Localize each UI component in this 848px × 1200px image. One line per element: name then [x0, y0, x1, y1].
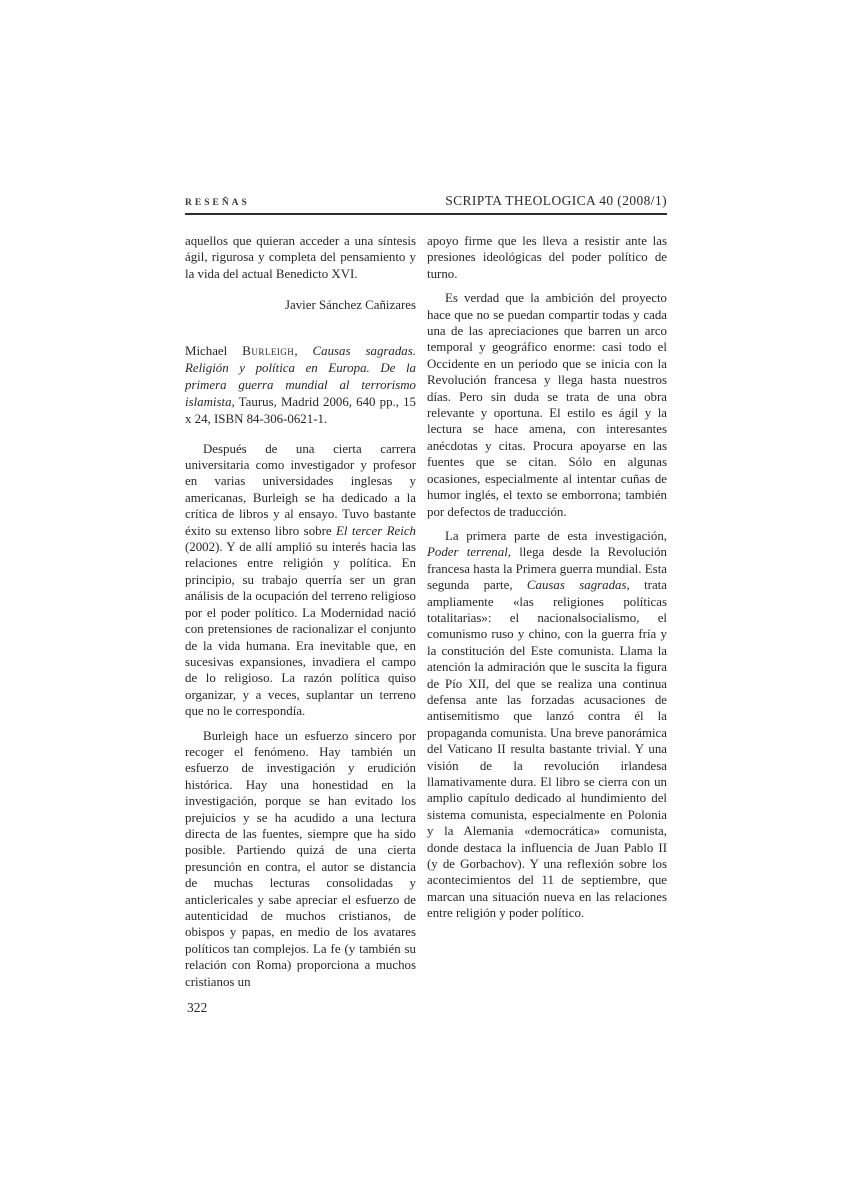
page-header: RESEÑAS SCRIPTA THEOLOGICA 40 (2008/1): [185, 193, 667, 215]
cited-book-title-italic: Causas sagradas: [527, 578, 627, 592]
two-column-body: aquellos que quieran acceder a una sínte…: [185, 233, 667, 990]
running-head-section: RESEÑAS: [185, 198, 250, 208]
paragraph-text: , trata ampliamente «las religiones polí…: [427, 578, 667, 920]
continuation-paragraph: apoyo firme que les lleva a resistir ant…: [427, 233, 667, 282]
review-paragraph-1: Después de una cierta carrera universita…: [185, 441, 416, 720]
scanned-journal-page: RESEÑAS SCRIPTA THEOLOGICA 40 (2008/1) a…: [0, 0, 848, 1200]
author-given-name: Michael: [185, 344, 242, 358]
review-paragraph-3: Es verdad que la ambición del proyecto h…: [427, 290, 667, 520]
previous-review-ending-paragraph: aquellos que quieran acceder a una sínte…: [185, 233, 416, 282]
right-column: apoyo firme que les lleva a resistir ant…: [427, 233, 667, 990]
review-paragraph-4: La primera parte de esta investigación, …: [427, 528, 667, 922]
review-paragraph-2: Burleigh hace un esfuerzo sincero por re…: [185, 728, 416, 991]
paragraph-text: La primera parte de esta investigación,: [445, 529, 667, 543]
page-number: 322: [187, 1000, 207, 1016]
paragraph-text: (2002). Y de allí amplió su interés haci…: [185, 540, 416, 718]
book-bibliographic-reference: Michael Burleigh, Causas sagradas. Relig…: [185, 343, 416, 428]
reviewer-signature: Javier Sánchez Cañizares: [185, 297, 416, 313]
cited-book-title-italic: El tercer Reich: [336, 524, 416, 538]
cited-book-title-italic: Poder terrenal: [427, 545, 508, 559]
text-block: RESEÑAS SCRIPTA THEOLOGICA 40 (2008/1) a…: [185, 193, 667, 990]
running-head-journal: SCRIPTA THEOLOGICA 40 (2008/1): [445, 193, 667, 209]
author-surname-smallcaps: Burleigh: [242, 344, 294, 358]
left-column: aquellos que quieran acceder a una sínte…: [185, 233, 416, 990]
biblio-separator: ,: [294, 344, 312, 358]
